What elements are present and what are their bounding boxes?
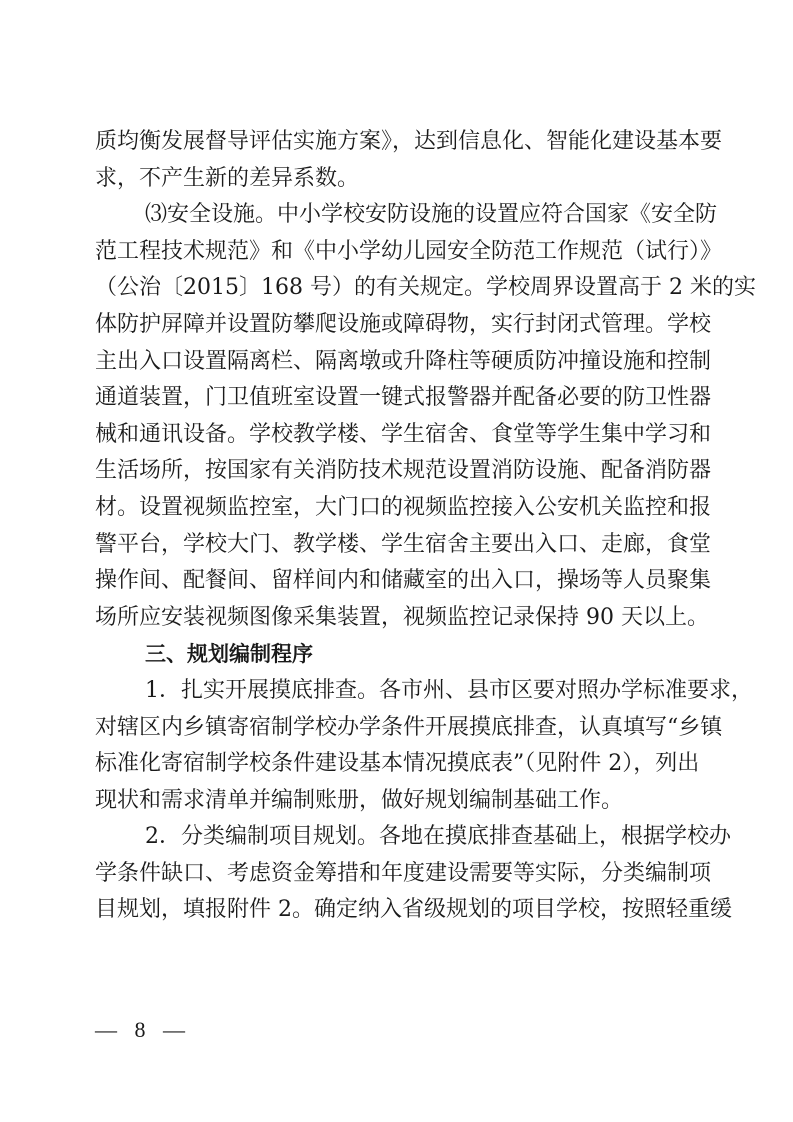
text-line: 警平台，学校大门、教学楼、学生宿舍主要出入口、走廊，食堂 [95,527,698,564]
paragraph-start-survey: 1．扎实开展摸底排查。各市州、县市区要对照办学标准要求， [95,673,698,710]
text-line: 通道装置，门卫值班室设置一键式报警器并配备必要的防卫性器 [95,380,698,417]
text-line: 生活场所，按国家有关消防技术规范设置消防设施、配备消防器 [95,453,698,490]
text-line: 学条件缺口、考虑资金筹措和年度建设需要等实际，分类编制项 [95,856,698,893]
page-number: — 8 — [95,1016,191,1044]
text-line: 材。设置视频监控室，大门口的视频监控接入公安机关监控和报 [95,490,698,527]
text-line: 主出入口设置隔离栏、隔离墩或升降柱等硬质防冲撞设施和控制 [95,344,698,381]
text-line: 操作间、配餐间、留样间内和储藏室的出入口，操场等人员聚集 [95,563,698,600]
paragraph-start-safety-facilities: ⑶安全设施。中小学校安防设施的设置应符合国家《安全防 [95,197,698,234]
section-heading: 三、规划编制程序 [95,636,698,673]
text-line: 标准化寄宿制学校条件建设基本情况摸底表”（见附件 2），列出 [95,746,698,783]
text-line: 械和通讯设备。学校教学楼、学生宿舍、食堂等学生集中学习和 [95,417,698,454]
text-line: 求，不产生新的差异系数。 [95,161,698,198]
text-line: 场所应安装视频图像采集装置，视频监控记录保持 90 天以上。 [95,600,698,637]
text-line: 质均衡发展督导评估实施方案》，达到信息化、智能化建设基本要 [95,124,698,161]
text-line: 对辖区内乡镇寄宿制学校办学条件开展摸底排查，认真填写“乡镇 [95,710,698,747]
text-line: 现状和需求清单并编制账册，做好规划编制基础工作。 [95,783,698,820]
text-line: 目规划，填报附件 2。确定纳入省级规划的项目学校，按照轻重缓 [95,892,698,929]
document-body: 质均衡发展督导评估实施方案》，达到信息化、智能化建设基本要 求，不产生新的差异系… [95,124,698,929]
text-line: 范工程技术规范》和《中小学幼儿园安全防范工作规范（试行）》 [95,234,698,271]
text-line: 体防护屏障并设置防攀爬设施或障碍物，实行封闭式管理。学校 [95,307,698,344]
text-line: （公治〔2015〕168 号）的有关规定。学校周界设置高于 2 米的实 [95,270,698,307]
document-page: 质均衡发展督导评估实施方案》，达到信息化、智能化建设基本要 求，不产生新的差异系… [0,0,793,1122]
paragraph-start-planning: 2．分类编制项目规划。各地在摸底排查基础上，根据学校办 [95,819,698,856]
